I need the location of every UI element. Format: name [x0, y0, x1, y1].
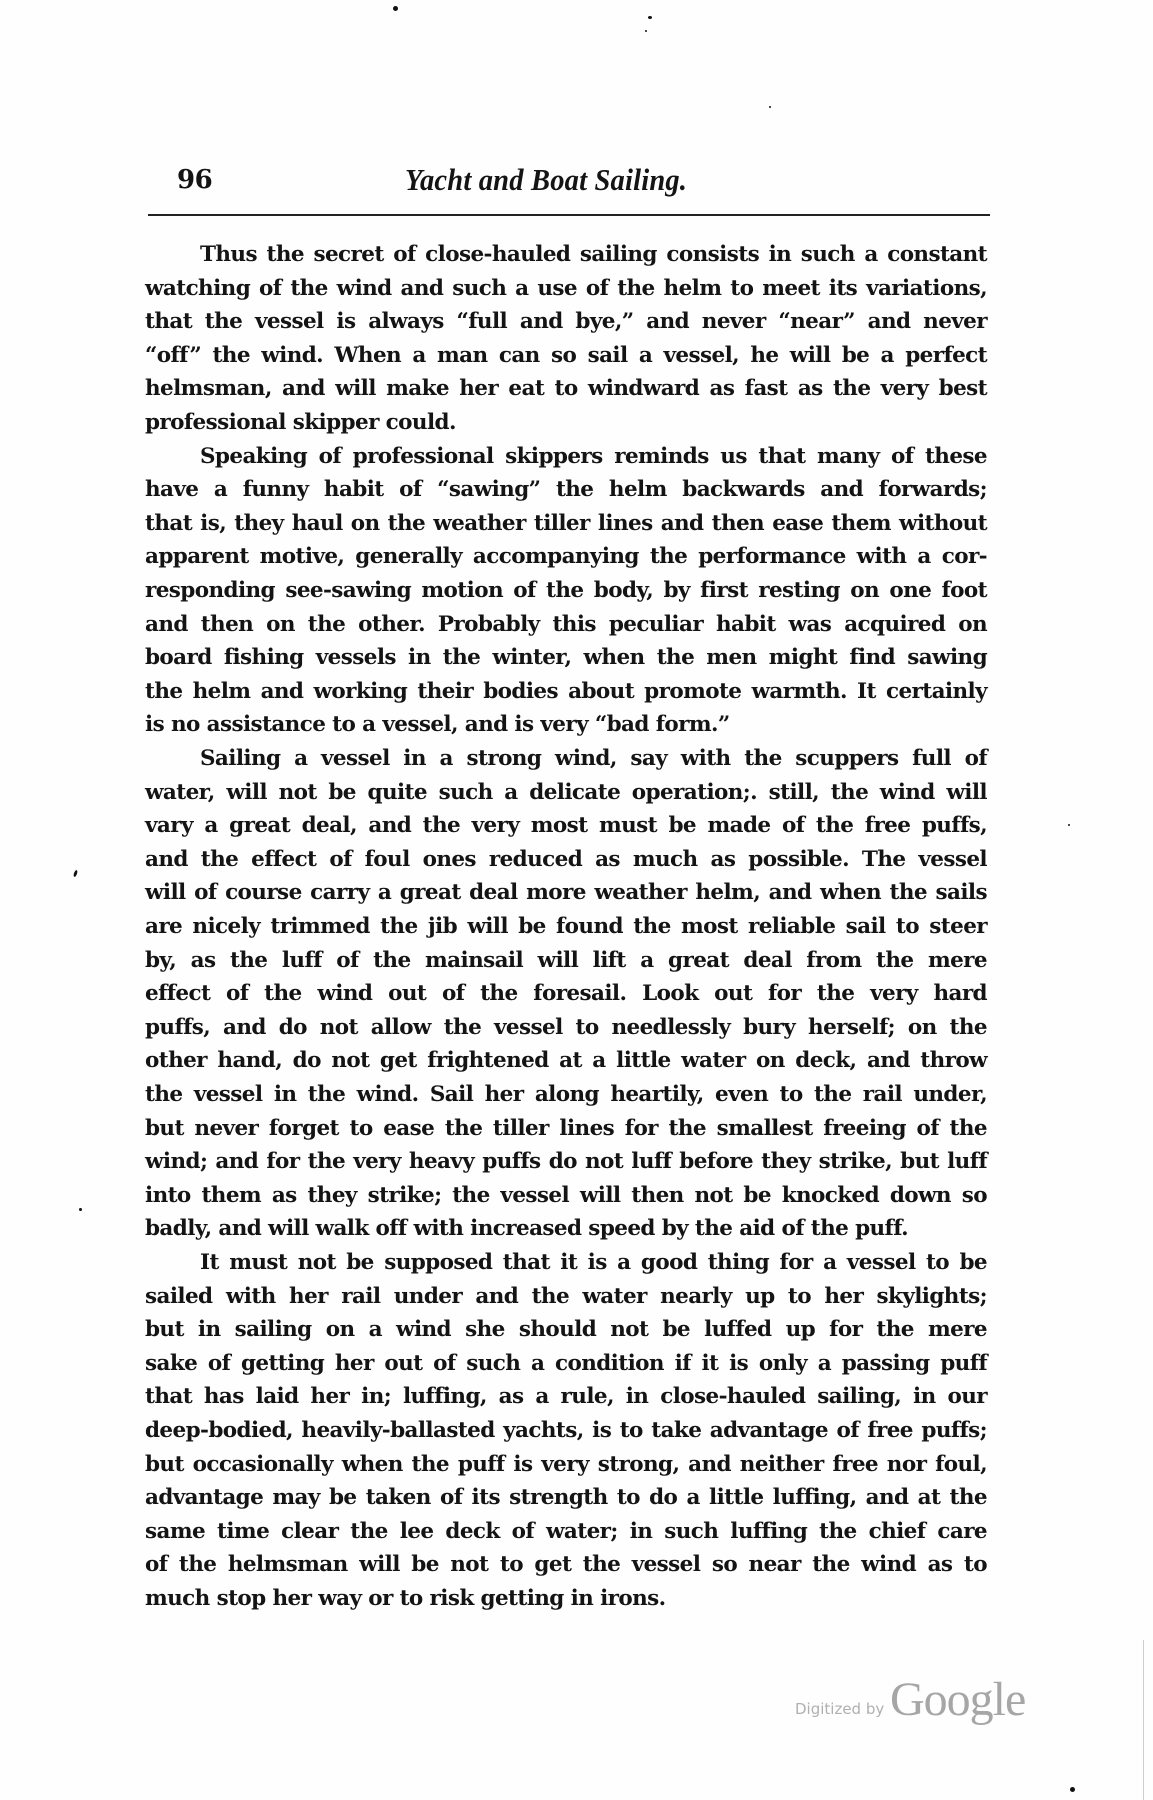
text-line: same time clear the lee deck of water; i… [145, 1515, 987, 1549]
text-line: Speaking of professional skippers remind… [200, 440, 987, 474]
text-line: that has laid her in; luffing, as a rule… [145, 1380, 987, 1414]
text-line: the vessel in the wind. Sail her along h… [145, 1078, 987, 1112]
text-line: are nicely trimmed the jib will be found… [145, 910, 987, 944]
header-rule [148, 214, 990, 216]
watermark-prefix: Digitized by [795, 1700, 884, 1718]
text-line: of the helmsman will be not to get the v… [145, 1548, 987, 1582]
text-line: puffs, and do not allow the vessel to ne… [145, 1011, 987, 1045]
text-line: vary a great deal, and the very most mus… [145, 809, 987, 843]
text-line: that is, they haul on the weather tiller… [145, 507, 987, 541]
scan-speck [648, 16, 652, 19]
text-line: deep-bodied, heavily-ballasted yachts, i… [145, 1414, 987, 1448]
text-line: professional skipper could. [145, 406, 987, 440]
text-line: sailed with her rail under and the water… [145, 1280, 987, 1314]
text-line: “off” the wind. When a man can so sail a… [145, 339, 987, 373]
text-line: sake of getting her out of such a condit… [145, 1347, 987, 1381]
scan-speck [1070, 1787, 1075, 1792]
running-title: Yacht and Boat Sailing. [405, 160, 687, 200]
text-line: board fishing vessels in the winter, whe… [145, 641, 987, 675]
scan-speck [79, 1208, 82, 1211]
text-line: badly, and will walk off with increased … [145, 1212, 987, 1246]
scan-speck [645, 30, 647, 32]
text-line: and then on the other. Probably this pec… [145, 608, 987, 642]
text-line: effect of the wind out of the foresail. … [145, 977, 987, 1011]
text-line: water, will not be quite such a delicate… [145, 776, 987, 810]
page-number: 96 [177, 160, 212, 200]
text-line: watching of the wind and such a use of t… [145, 272, 987, 306]
running-header: 96 Yacht and Boat Sailing. [145, 160, 990, 200]
scan-speck [1068, 824, 1070, 826]
text-line: Thus the secret of close-hauled sailing … [200, 238, 987, 272]
text-line: and the effect of foul ones reduced as m… [145, 843, 987, 877]
text-line: It must not be supposed that it is a goo… [200, 1246, 987, 1280]
scan-speck [73, 870, 78, 878]
text-line: wind; and for the very heavy puffs do no… [145, 1145, 987, 1179]
book-page: 96 Yacht and Boat Sailing. Thus the secr… [0, 0, 1153, 1800]
text-line: apparent motive, generally accompanying … [145, 540, 987, 574]
text-line: the helm and working their bodies about … [145, 675, 987, 709]
text-line: other hand, do not get frightened at a l… [145, 1044, 987, 1078]
text-line: into them as they strike; the vessel wil… [145, 1179, 987, 1213]
text-line: advantage may be taken of its strength t… [145, 1481, 987, 1515]
text-line: will of course carry a great deal more w… [145, 876, 987, 910]
text-line: much stop her way or to risk getting in … [145, 1582, 987, 1616]
scan-speck [769, 106, 771, 108]
text-line: but never forget to ease the tiller line… [145, 1112, 987, 1146]
watermark-brand: Google [890, 1672, 1025, 1727]
text-line: have a funny habit of “sawing” the helm … [145, 473, 987, 507]
text-line: responding see-sawing motion of the body… [145, 574, 987, 608]
text-line: that the vessel is always “full and bye,… [145, 305, 987, 339]
scan-speck [393, 6, 398, 11]
text-line: Sailing a vessel in a strong wind, say w… [200, 742, 987, 776]
text-line: is no assistance to a vessel, and is ver… [145, 708, 987, 742]
text-line: but occasionally when the puff is very s… [145, 1448, 987, 1482]
text-line: helmsman, and will make her eat to windw… [145, 372, 987, 406]
text-line: by, as the luff of the mainsail will lif… [145, 944, 987, 978]
text-line: but in sailing on a wind she should not … [145, 1313, 987, 1347]
page-edge [1143, 1640, 1144, 1800]
